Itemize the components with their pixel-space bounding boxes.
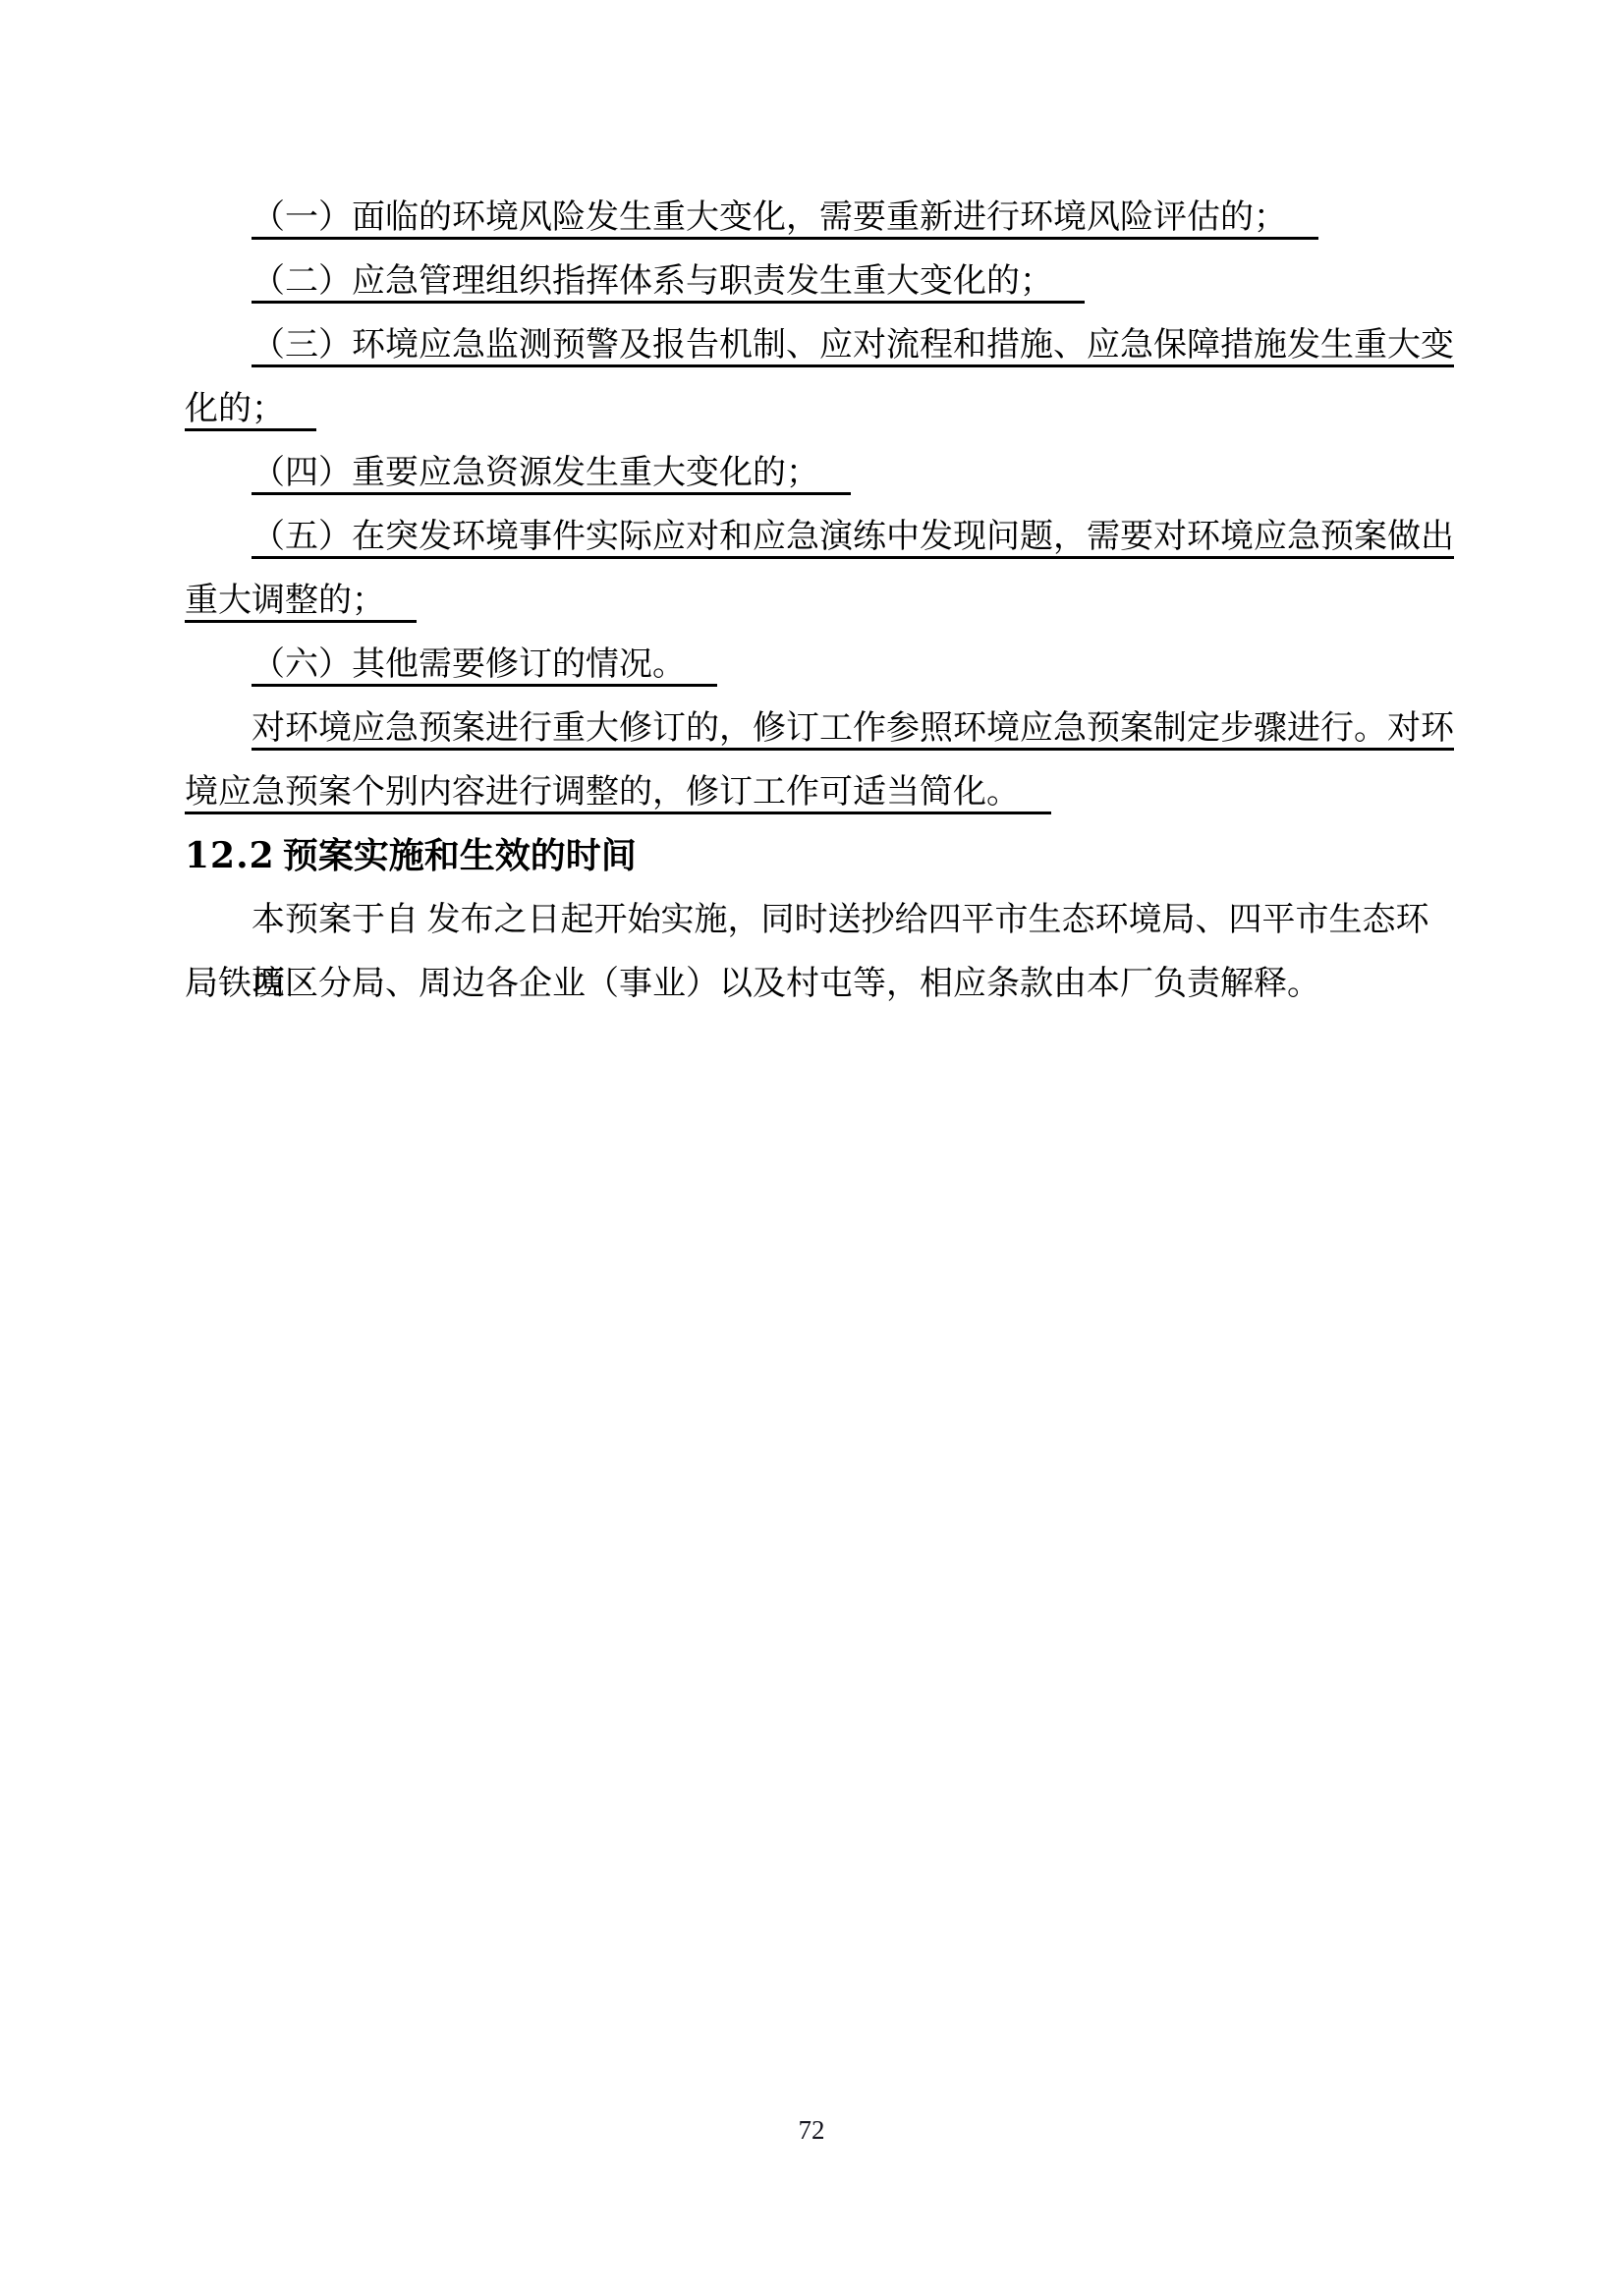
list-item-1-text: （一）面临的环境风险发生重大变化，需要重新进行环境风险评估的； (252, 199, 1318, 240)
list-item-5-line-2: 重大调整的； (185, 569, 1460, 633)
list-item-3-text-2: 化的； (185, 391, 316, 431)
list-item-3-text-1: （三）环境应急监测预警及报告机制、应对流程和措施、应急保障措施发生重大变 (252, 327, 1454, 367)
list-item-6: （六）其他需要修订的情况。 (185, 633, 1460, 697)
section-heading-number: 12.2 (185, 835, 275, 876)
implementation-text-2: 局铁西区分局、周边各企业（事业）以及村屯等，相应条款由本厂负责解释。 (185, 966, 1320, 1002)
list-item-3-line-1: （三）环境应急监测预警及报告机制、应对流程和措施、应急保障措施发生重大变 (185, 313, 1460, 377)
list-item-5-line-1: （五）在突发环境事件实际应对和应急演练中发现问题，需要对环境应急预案做出 (185, 505, 1460, 569)
implementation-paragraph-line-1: 本预案于自 发布之日起开始实施，同时送抄给四平市生态环境局、四平市生态环境 (185, 888, 1460, 952)
list-item-1: （一）面临的环境风险发生重大变化，需要重新进行环境风险评估的； (185, 186, 1460, 250)
revision-paragraph-line-1: 对环境应急预案进行重大修订的，修订工作参照环境应急预案制定步骤进行。对环 (185, 697, 1460, 760)
list-item-3-line-2: 化的； (185, 377, 1460, 441)
section-heading-title: 预案实施和生效的时间 (283, 836, 637, 875)
list-item-5-text-2: 重大调整的； (185, 583, 417, 623)
list-item-4: （四）重要应急资源发生重大变化的； (185, 441, 1460, 505)
list-item-5-text-1: （五）在突发环境事件实际应对和应急演练中发现问题，需要对环境应急预案做出 (252, 519, 1454, 559)
section-heading: 12.2预案实施和生效的时间 (185, 824, 1460, 888)
page-number: 72 (0, 2115, 1623, 2146)
revision-paragraph-text-2: 境应急预案个别内容进行调整的，修订工作可适当简化。 (185, 774, 1051, 814)
implementation-paragraph-line-2: 局铁西区分局、周边各企业（事业）以及村屯等，相应条款由本厂负责解释。 (185, 952, 1460, 1016)
list-item-2: （二）应急管理组织指挥体系与职责发生重大变化的； (185, 250, 1460, 313)
list-item-4-text: （四）重要应急资源发生重大变化的； (252, 455, 851, 495)
list-item-6-text: （六）其他需要修订的情况。 (252, 646, 717, 687)
revision-paragraph-line-2: 境应急预案个别内容进行调整的，修订工作可适当简化。 (185, 760, 1460, 824)
document-body: （一）面临的环境风险发生重大变化，需要重新进行环境风险评估的； （二）应急管理组… (185, 186, 1460, 1016)
revision-paragraph-text-1: 对环境应急预案进行重大修订的，修订工作参照环境应急预案制定步骤进行。对环 (252, 710, 1454, 751)
list-item-2-text: （二）应急管理组织指挥体系与职责发生重大变化的； (252, 263, 1085, 304)
